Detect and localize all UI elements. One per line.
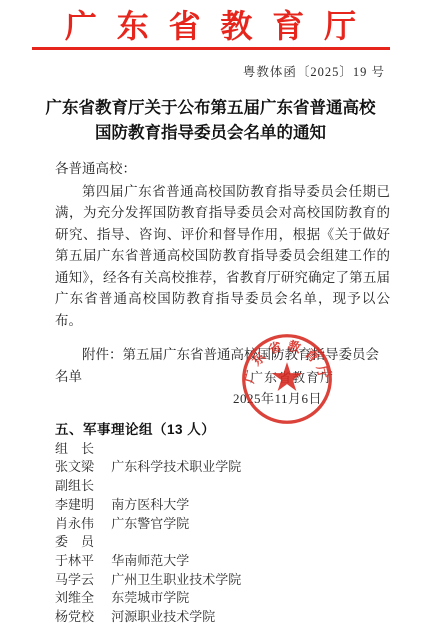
roster-member-name: 马学云 [55, 571, 108, 590]
salutation: 各普通高校： [55, 158, 390, 180]
roster-row: 肖永伟 广东警官学院 [55, 515, 385, 534]
roster-org: 南方医科大学 [111, 496, 189, 515]
attachment-line: 附件：第五届广东省普通高校国防教育指导委员会名单 [55, 344, 390, 387]
roster-row: 委 员 [55, 533, 385, 552]
roster-org: 华南师范大学 [111, 552, 189, 571]
roster-org: 广东科学技术职业学院 [111, 458, 241, 477]
roster-role: 副组长 [55, 477, 108, 496]
document-body: 各普通高校： 第四届广东省普通高校国防教育指导委员会任期已满，为充分发挥国防教育… [23, 158, 401, 387]
roster-member-name: 刘维全 [55, 589, 108, 608]
roster-row: 杨党校 河源职业技术学院 [55, 608, 385, 627]
roster-member-name: 杨党校 [55, 608, 108, 627]
roster-row: 马学云 广州卫生职业技术学院 [55, 571, 385, 590]
roster-row: 副组长 [55, 477, 385, 496]
roster-org: 广东警官学院 [111, 515, 189, 534]
roster-role: 组 长 [55, 440, 108, 459]
roster-section: 五、军事理论组（13 人） 组 长 张文梁 广东科学技术职业学院 副组长 李建明… [55, 421, 385, 627]
document-title: 广东省教育厅关于公布第五届广东省普通高校 国防教育指导委员会名单的通知 [0, 95, 421, 145]
roster-member-name: 李建明 [55, 496, 108, 515]
roster-row: 于林平 华南师范大学 [55, 552, 385, 571]
document-title-line1: 广东省教育厅关于公布第五届广东省普通高校 [0, 95, 421, 120]
roster-member-name: 张文梁 [55, 458, 108, 477]
document-number: 粤教体函〔2025〕19 号 [0, 62, 385, 80]
roster-org: 河源职业技术学院 [111, 608, 215, 627]
document-page: 广东省教育厅 粤教体函〔2025〕19 号 广东省教育厅关于公布第五届广东省普通… [0, 0, 421, 627]
roster-row: 组 长 [55, 440, 385, 459]
roster-row: 刘维全 东莞城市学院 [55, 589, 385, 608]
signature-date: 2025年11月6日 [233, 388, 322, 407]
roster-member-name: 肖永伟 [55, 515, 108, 534]
body-paragraph: 第四届广东省普通高校国防教育指导委员会任期已满，为充分发挥国防教育指导委员会对高… [55, 181, 390, 332]
roster-org: 广州卫生职业技术学院 [111, 571, 241, 590]
roster-heading: 五、军事理论组（13 人） [55, 421, 385, 440]
document-title-line2: 国防教育指导委员会名单的通知 [0, 120, 421, 145]
roster-member-name: 于林平 [55, 552, 108, 571]
roster-org: 东莞城市学院 [111, 589, 189, 608]
roster-row: 张文梁 广东科学技术职业学院 [55, 458, 385, 477]
letterhead: 广东省教育厅 粤教体函〔2025〕19 号 [0, 0, 421, 80]
roster-role: 委 员 [55, 533, 108, 552]
letterhead-divider [32, 47, 390, 50]
roster-row: 李建明 南方医科大学 [55, 496, 385, 515]
agency-title: 广东省教育厅 [0, 7, 421, 45]
